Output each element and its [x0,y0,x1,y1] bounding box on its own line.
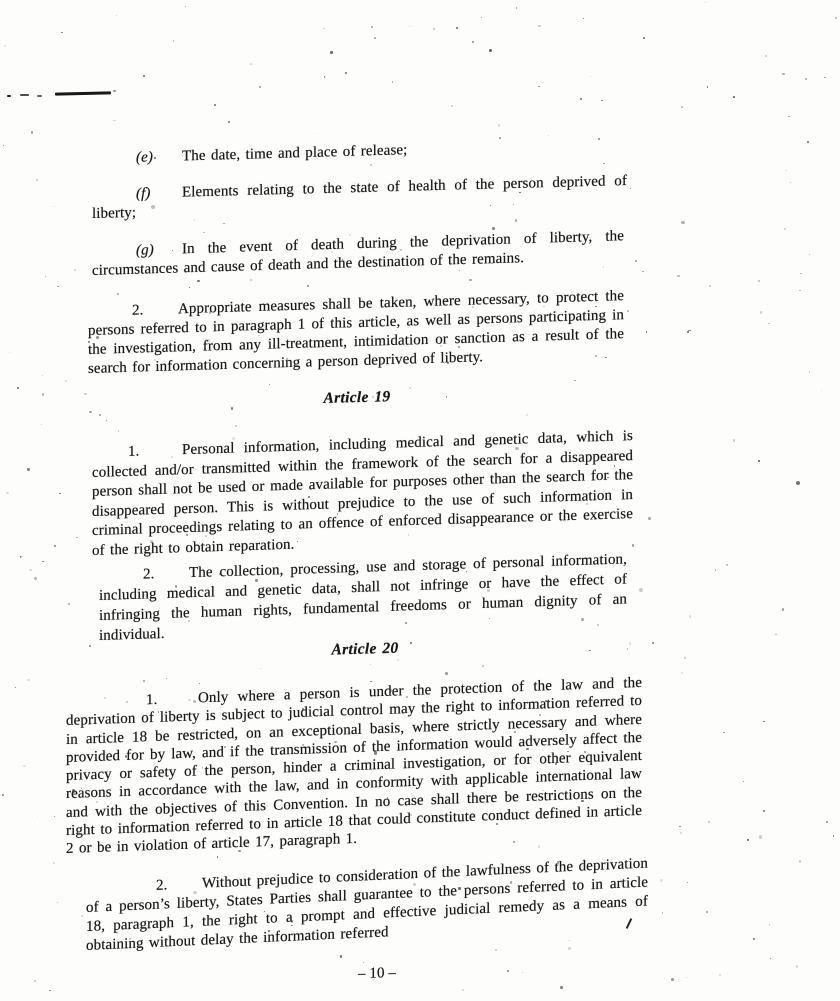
paragraph-article18-2: 2.Appropriate measures shall be taken, w… [88,287,624,379]
heading-article-19: Article 19 [92,381,622,414]
paragraph-number: 1. [128,441,182,462]
list-item-label: (e) [136,147,182,167]
page-number: – 10 – [112,959,642,989]
paragraph-article20-2: 2.Without prejudice to consideration of … [86,854,648,956]
list-item-label: (g) [136,240,182,260]
list-item-text: The date, time and place of release; [182,142,407,164]
list-item-e: (e)The date, time and place of release; [92,135,624,169]
scan-artifact-dash [7,95,11,97]
list-item-label: (f) [136,184,182,204]
list-item-f: (f)Elements relating to the state of hea… [92,172,627,224]
paragraph-number: 2. [132,300,178,320]
paragraph-text: Without prejudice to consideration of th… [86,855,648,954]
paragraph-article19-1: 1.Personal information, including medica… [92,427,633,561]
paragraph-article19-2: 2.The collection, processing, use and st… [99,549,627,646]
paragraph-number: 1. [146,689,198,709]
scan-artifact-dash [20,94,29,96]
list-item-g: (g)In the event of death during the depr… [92,227,624,281]
scan-artifact-line [55,91,111,95]
scan-artifact-dash [37,95,42,97]
paragraph-number: 2. [143,563,189,584]
paragraph-number: 2. [156,875,202,896]
scanned-document-page: (e)The date, time and place of release; … [0,0,840,1001]
paragraph-article20-1: 1.Only where a person is under the prote… [66,674,642,859]
